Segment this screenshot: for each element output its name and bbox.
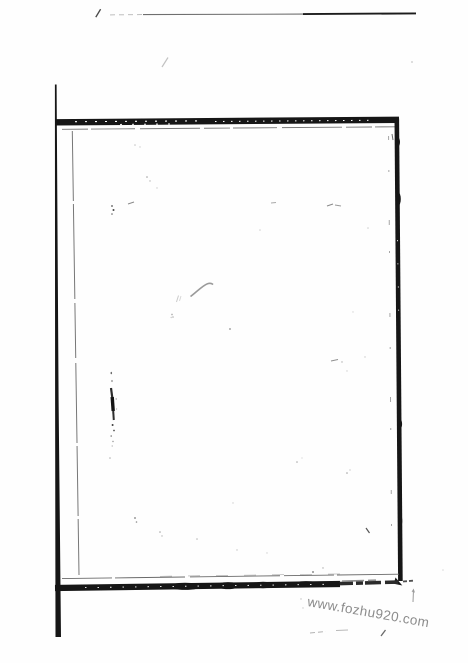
spine-line — [55, 85, 61, 638]
ink-specks — [109, 61, 444, 636]
scanned-book-page: www.fozhu920.com — [0, 0, 468, 663]
pencil-mark — [171, 283, 214, 318]
top-edge-line — [96, 9, 416, 17]
page-border — [55, 119, 414, 590]
scan-marks-layer — [0, 0, 468, 663]
ink-blotch — [110, 372, 117, 447]
pencil-tick-icon — [162, 58, 168, 68]
